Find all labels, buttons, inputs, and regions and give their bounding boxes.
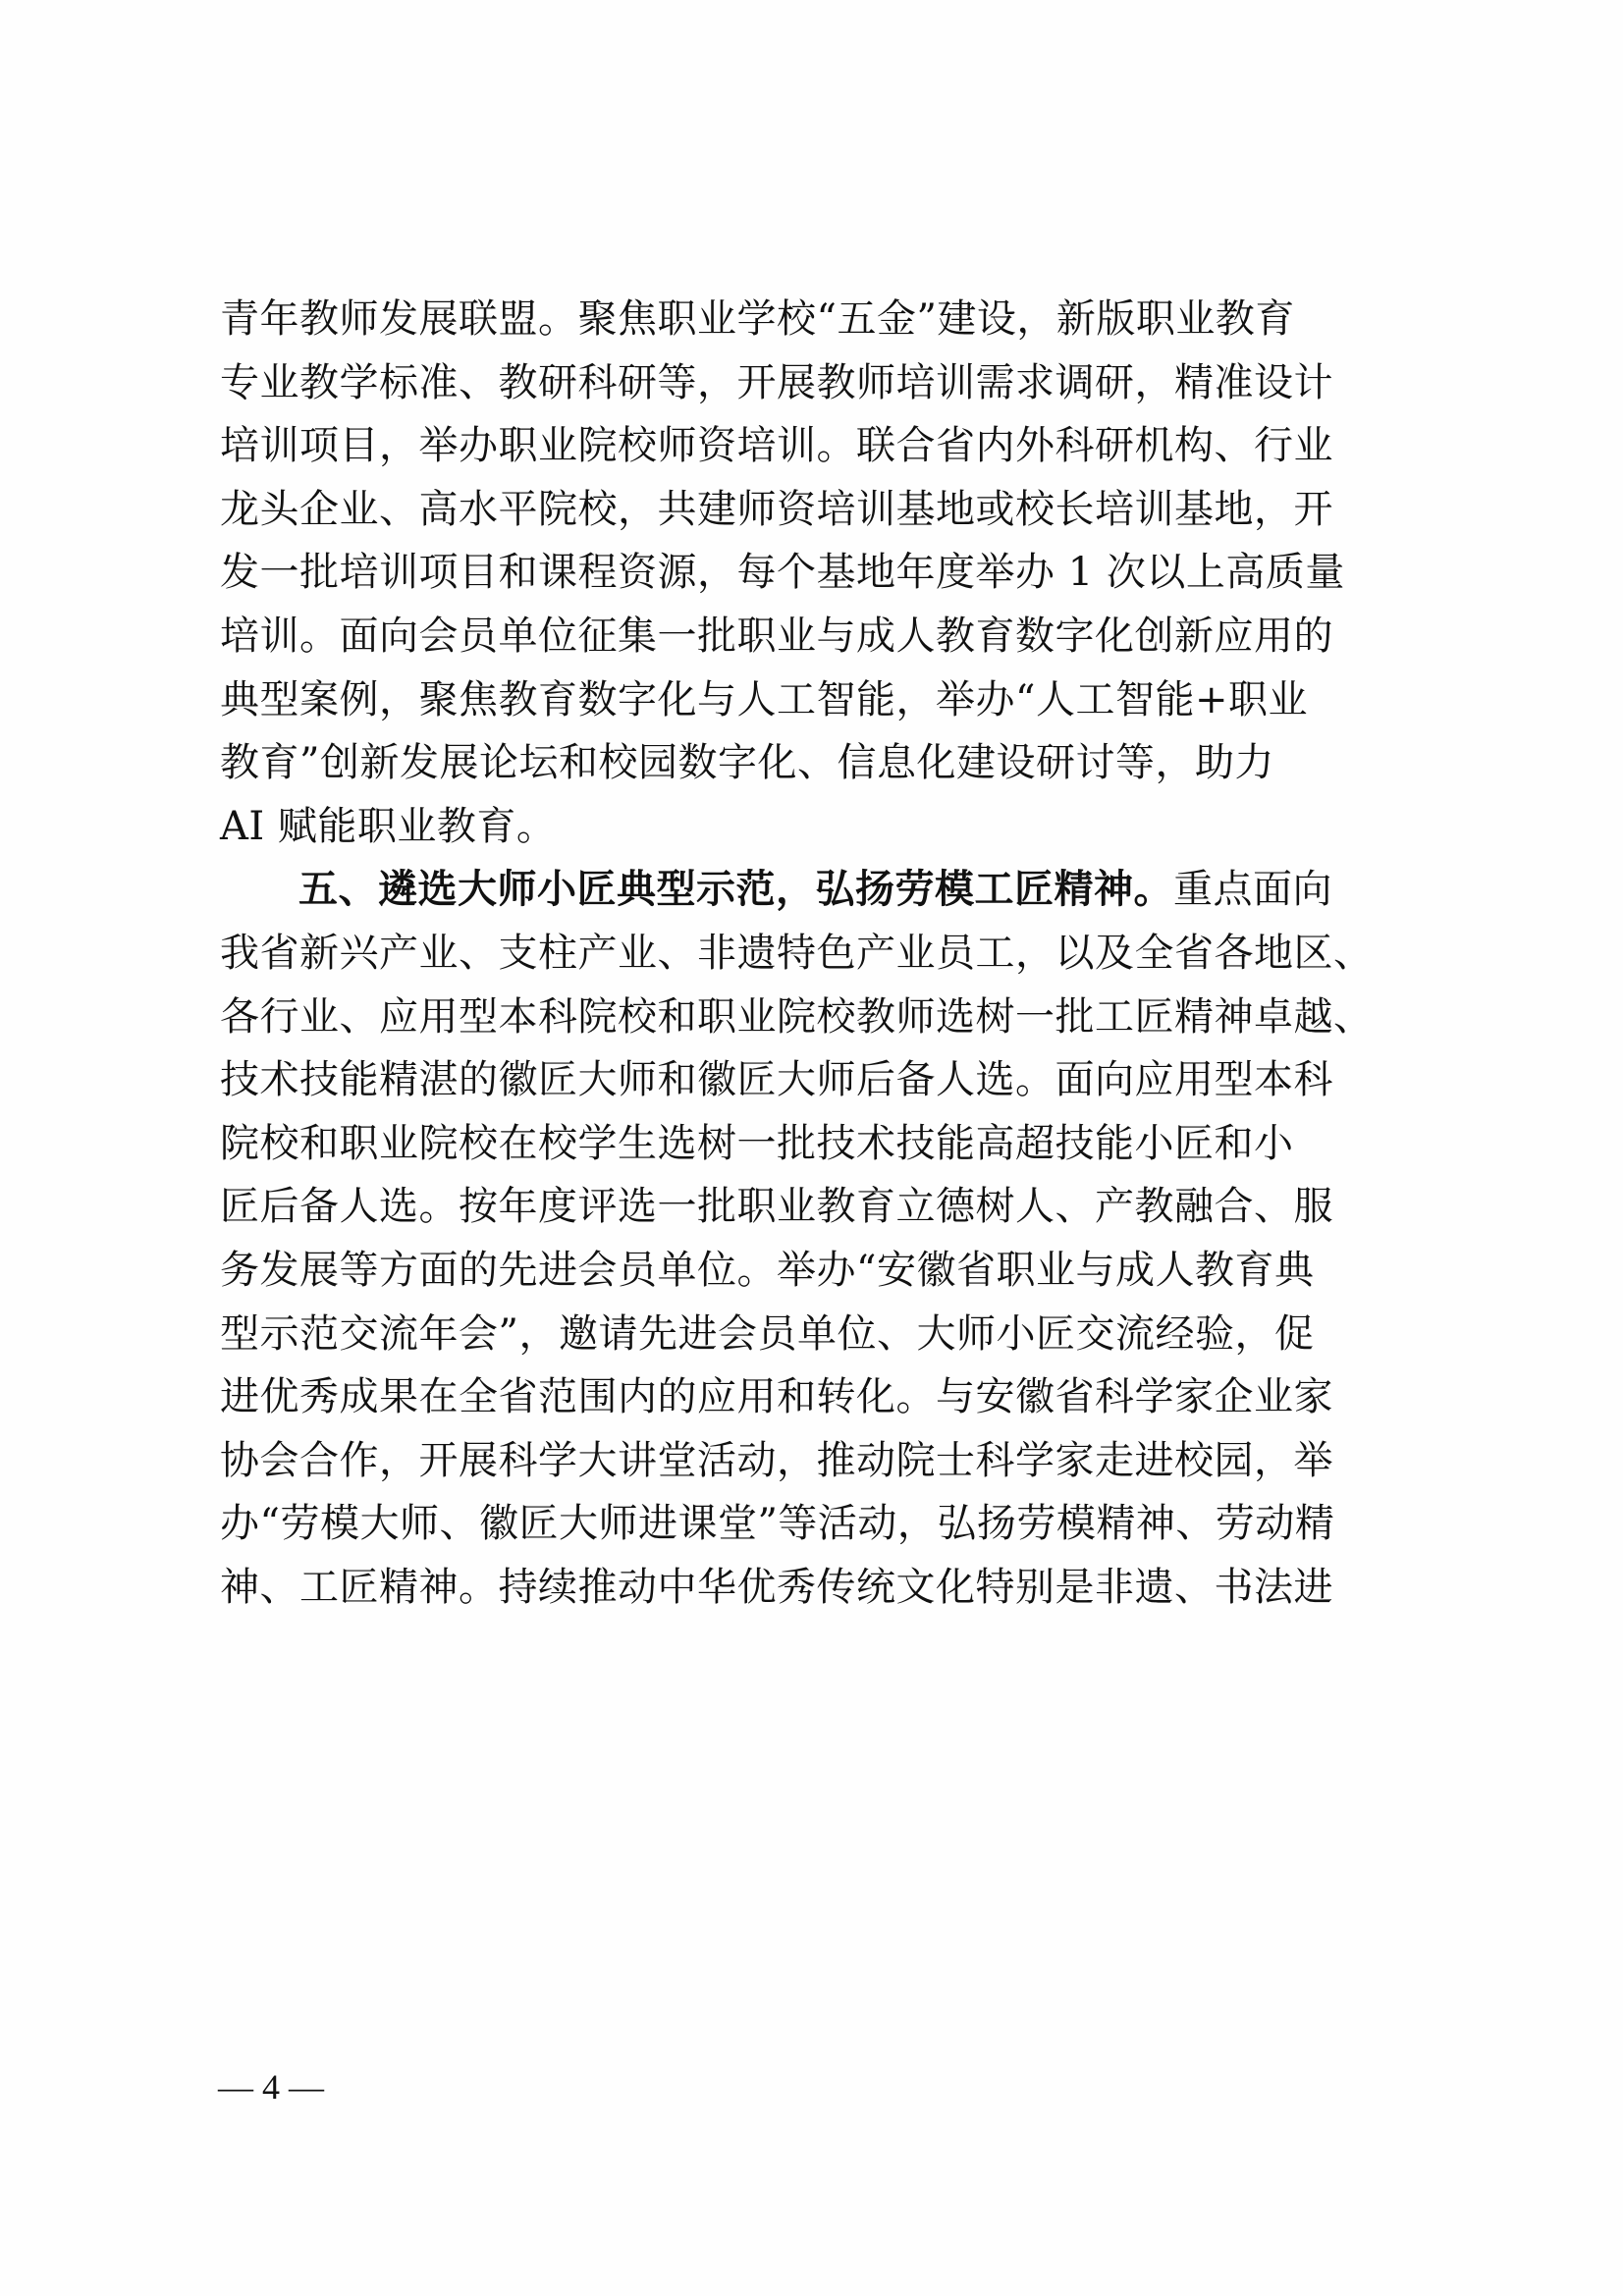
paragraph-section-five: 五、遴选大师小匠典型示范，弘扬劳模工匠精神。重点面向 我省新兴产业、支柱产业、非… bbox=[220, 858, 1437, 1619]
section-heading-line: 五、遴选大师小匠典型示范，弘扬劳模工匠精神。重点面向 bbox=[220, 858, 1437, 922]
text-line: 办“劳模大师、徽匠大师进课堂”等活动，弘扬劳模精神、劳动精 bbox=[220, 1492, 1437, 1556]
text-line: 各行业、应用型本科院校和职业院校教师选树一批工匠精神卓越、 bbox=[220, 986, 1437, 1049]
text-line: 发一批培训项目和课程资源，每个基地年度举办 1 次以上高质量 bbox=[220, 541, 1437, 605]
text-line: 培训项目，举办职业院校师资培训。联合省内外科研机构、行业 bbox=[220, 414, 1437, 478]
text-line: 典型案例，聚焦教育数字化与人工智能，举办“人工智能+职业 bbox=[220, 668, 1437, 732]
page-number: — 4 — bbox=[218, 2065, 324, 2109]
text-line: 务发展等方面的先进会员单位。举办“安徽省职业与成人教育典 bbox=[220, 1239, 1437, 1303]
text-line: 型示范交流年会”，邀请先进会员单位、大师小匠交流经验，促 bbox=[220, 1303, 1437, 1366]
text-line: 专业教学标准、教研科研等，开展教师培训需求调研，精准设计 bbox=[220, 351, 1437, 415]
text-line: 技术技能精湛的徽匠大师和徽匠大师后备人选。面向应用型本科 bbox=[220, 1048, 1437, 1112]
text-line: 培训。面向会员单位征集一批职业与成人教育数字化创新应用的 bbox=[220, 605, 1437, 668]
paragraph-teacher-training: 青年教师发展联盟。聚焦职业学校“五金”建设，新版职业教育 专业教学标准、教研科研… bbox=[220, 288, 1437, 858]
text-line: 院校和职业院校在校学生选树一批技术技能高超技能小匠和小 bbox=[220, 1112, 1437, 1176]
document-page: 青年教师发展联盟。聚焦职业学校“五金”建设，新版职业教育 专业教学标准、教研科研… bbox=[0, 0, 1623, 2296]
text-line: 龙头企业、高水平院校，共建师资培训基地或校长培训基地，开 bbox=[220, 478, 1437, 542]
text-line: 教育”创新发展论坛和校园数字化、信息化建设研讨等，助力 bbox=[220, 731, 1437, 795]
text-line: 协会合作，开展科学大讲堂活动，推动院士科学家走进校园，举 bbox=[220, 1429, 1437, 1493]
text-line: 神、工匠精神。持续推动中华优秀传统文化特别是非遗、书法进 bbox=[220, 1556, 1437, 1620]
text-line: 进优秀成果在全省范围内的应用和转化。与安徽省科学家企业家 bbox=[220, 1365, 1437, 1429]
heading-line-continuation: 重点面向 bbox=[1173, 867, 1332, 912]
text-line: 青年教师发展联盟。聚焦职业学校“五金”建设，新版职业教育 bbox=[220, 288, 1437, 351]
body-text: 青年教师发展联盟。聚焦职业学校“五金”建设，新版职业教育 专业教学标准、教研科研… bbox=[220, 288, 1437, 1619]
section-heading: 五、遴选大师小匠典型示范，弘扬劳模工匠精神。 bbox=[298, 867, 1173, 912]
text-line: 匠后备人选。按年度评选一批职业教育立德树人、产教融合、服 bbox=[220, 1175, 1437, 1239]
text-line: AI 赋能职业教育。 bbox=[220, 795, 1437, 859]
text-line: 我省新兴产业、支柱产业、非遗特色产业员工，以及全省各地区、 bbox=[220, 922, 1437, 986]
